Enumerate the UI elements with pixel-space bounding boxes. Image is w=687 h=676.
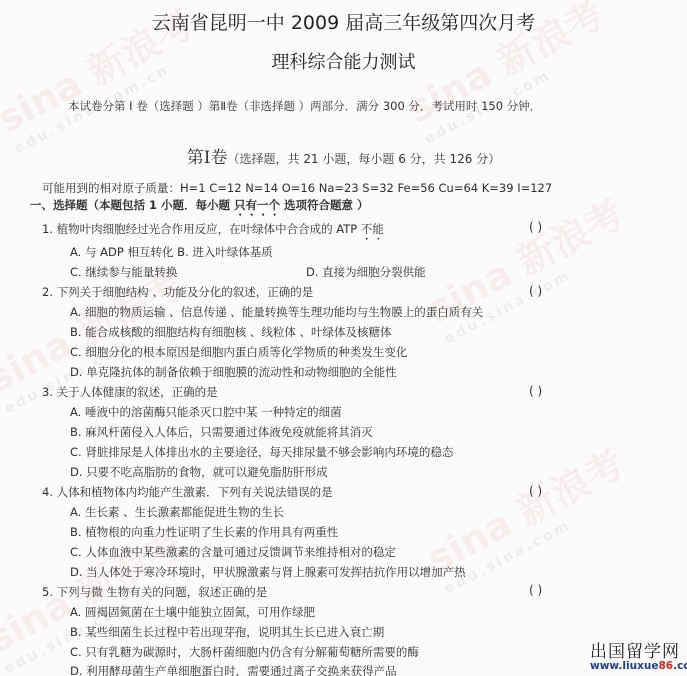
question-4-option-d: D. 当人体处于寒冷环境时，甲状腺激素与肾上腺素可发挥拮抗作用以增加产热	[70, 564, 466, 580]
question-1-option-d: D. 直接为细胞分裂供能	[306, 264, 426, 280]
exam-subtitle: 理科综合能力测试	[0, 48, 687, 74]
question-1-option-ab: A. 与 ADP 相互转化 B. 进入叶绿体基质	[70, 244, 273, 260]
atomic-masses: 可能用到的相对原子质量：H=1 C=12 N=14 O=16 Na=23 S=3…	[42, 180, 552, 196]
exam-title: 云南省昆明一中 2009 届高三年级第四次月考	[0, 8, 687, 35]
question-4-option-c: C. 人体血液中某些激素的含量可通过反馈调节来维持相对的稳定	[70, 544, 396, 560]
section-heading: 第Ⅰ卷（选择题，共 21 小题，每小题 6 分，共 126 分）	[0, 143, 687, 168]
question-1-stem: 1. 植物叶肉细胞经过光合作用反应，在叶绿体中合合成的 ATP 不能	[42, 221, 384, 243]
question-2-option-c: C. 细胞分化的根本原因是细胞内蛋白质等化学物质的种类发生变化	[70, 344, 407, 360]
watermark: sina 新浪考edu.sina.com	[416, 184, 640, 348]
answer-blank-5: ( )	[529, 583, 542, 597]
question-3-option-d: D. 只要不吃高脂肪的食物，就可以避免脂肪肝形成	[70, 464, 328, 480]
question-2-option-d: D. 单克隆抗体的制备依赖于细胞膜的流动性和动物细胞的全能性	[70, 364, 397, 380]
question-3-stem: 3. 关于人体健康的叙述，正确的是	[42, 384, 218, 400]
answer-blank-3: ( )	[529, 384, 542, 398]
question-2-option-b: B. 能合成核酸的细胞结构有细胞核 、线粒体 、叶绿体及核糖体	[70, 324, 392, 340]
exam-intro: 本试卷分第 Ⅰ 卷（选择题 ）第Ⅱ卷（非选择题 ）两部分．满分 300 分．考试…	[68, 98, 541, 114]
question-5-option-d: D. 利用酵母菌生产单细胞蛋白时，需要通过离子交换来获得产品	[70, 663, 397, 676]
question-2-option-a: A. 细胞的物质运输 、信息传递 、能量转换等生理功能均与生物膜上的蛋白质有关	[70, 304, 483, 320]
site-logo[interactable]: 出国留学网 www.liuxue86.com	[590, 637, 687, 672]
question-3-option-a: A. 唾液中的溶菌酶只能杀灭口腔中某 一种特定的细菌	[70, 404, 342, 420]
question-5-stem: 5. 下列与微 生物有关的问题，叙述正确的是	[42, 584, 267, 600]
answer-blank-1: ( )	[529, 220, 542, 234]
site-logo-url[interactable]: www.liuxue86.com	[590, 660, 687, 672]
answer-blank-4: ( )	[529, 484, 542, 498]
section-heading-main: 第Ⅰ卷	[187, 148, 228, 168]
question-1-option-c: C. 继续参与能量转换	[70, 264, 177, 280]
question-4-stem: 4. 人体和植物体内均能产生激素．下列有关说法错误的是	[42, 484, 333, 500]
question-3-option-b: B. 麻风杆菌侵入人体后，只需要通过体液免疫就能将其消灭	[70, 424, 373, 440]
question-5-option-a: A. 圆褐固氮菌在土壤中能独立固氮，可用作绿肥	[70, 604, 315, 620]
question-3-option-c: C. 肾脏排尿是人体排出水的主要途径，每天排尿量不够会影响内环境的稳态	[70, 444, 453, 460]
question-5-option-b: B. 某些细菌生长过程中若出现芽孢，说明其生长已进入衰亡期	[70, 624, 384, 640]
question-4-option-a: A. 生长素 、生长激素都能促进生物的生长	[70, 504, 284, 520]
question-4-option-b: B. 植物根的向重力性证明了生长素的作用具有两重性	[70, 524, 338, 540]
site-logo-name: 出国留学网	[590, 637, 687, 662]
section-heading-detail: （选择题，共 21 小题，每小题 6 分，共 126 分）	[228, 152, 501, 166]
question-5-option-c: C. 只有乳糖为碳源时，大肠杆菌细胞内仍含有分解葡萄糖所需要的酶	[70, 644, 419, 660]
part-title: 一、选择题（本题包括 1 小题．每小题 只有一个 选项符合题意 ）	[30, 197, 369, 219]
answer-blank-2: ( )	[529, 284, 542, 298]
question-2-stem: 2. 下列关于细胞结构 、功能及分化的叙述，正确的是	[42, 284, 313, 300]
